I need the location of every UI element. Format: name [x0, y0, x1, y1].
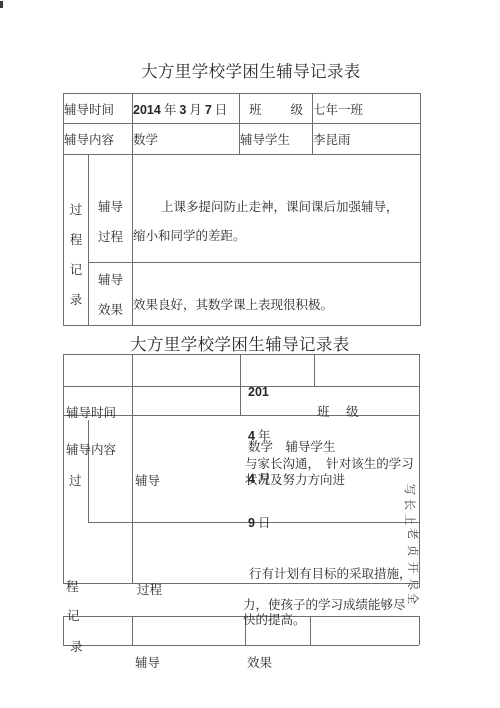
form2-rotated-char-top-3: 上 — [402, 513, 415, 526]
form2-class-label-right: 级 — [346, 402, 359, 420]
grid-line-v-col3 — [240, 354, 241, 415]
grid-line-h-date — [63, 386, 419, 387]
form2-rotated-char-top-1: 写 — [402, 483, 415, 496]
grid-line-h-time — [63, 415, 420, 416]
form2-guidance2-label: 辅导 — [135, 653, 160, 671]
form2-subject-line: 数学 辅导学生 — [248, 437, 336, 455]
form2-rotated-char-bottom-3: 开 — [405, 561, 418, 574]
document-page: 大方里学校学困生辅导记录表 辅导时间 2014年3月7日 班 级 — [0, 0, 500, 708]
form2-side-char-2: 程 — [66, 577, 79, 595]
grid-line-v-sub — [88, 420, 89, 522]
grid-line-h-box-top — [63, 616, 419, 617]
form2-rotated-char-bottom-5: 全 — [405, 592, 418, 605]
form2-class-label-left: 班 — [317, 402, 330, 420]
grid-line-v-box5 — [419, 616, 420, 645]
grid-line-h-box-bottom — [63, 645, 419, 646]
grid-line-v-col4 — [314, 354, 315, 386]
form2-text-2: 状况及努力方向进 — [245, 470, 345, 488]
grid-line-v-box4 — [310, 616, 311, 645]
grid-line-h-top — [63, 354, 419, 355]
form2-rotated-char-top-2: 长 — [402, 498, 415, 511]
form2-process-label: 过程 — [137, 580, 162, 598]
grid-line-v-right — [419, 354, 420, 588]
form2-side-char-1: 过 — [69, 471, 82, 489]
form2-rotated-char-bottom-1: 老 — [405, 527, 418, 540]
form2-content-label: 辅导内容 — [66, 440, 116, 458]
form2-time-label: 辅导时间 — [66, 403, 116, 421]
form2-rotated-char-bottom-2: 贞 — [405, 544, 418, 557]
form2-rotated-char-bottom-4: 尽 — [405, 578, 418, 591]
form2-broken-table: 201 4年 4月 9日 班 级 辅导时间 辅导内容 过 程 记 录 辅导 过程… — [0, 0, 500, 708]
form2-text-3: 行有计划有目标的采取措施， — [249, 564, 412, 582]
grid-line-v-box2 — [132, 616, 133, 645]
form2-effect-label: 效果 — [247, 653, 272, 671]
form2-date-line1: 201 — [248, 385, 269, 399]
form2-side-char-3: 记 — [67, 606, 80, 624]
grid-line-v-left — [63, 354, 64, 583]
form2-side-char-4: 录 — [70, 637, 83, 655]
grid-line-h-process — [63, 583, 419, 584]
form2-guidance-label: 辅导 — [135, 471, 160, 489]
grid-line-v-col2 — [132, 354, 133, 583]
form2-date-day: 9 — [248, 516, 255, 530]
grid-line-v-box1 — [63, 616, 64, 645]
form2-text-5: 快的提高。 — [243, 610, 306, 628]
form2-date-day-unit: 日 — [258, 516, 271, 530]
